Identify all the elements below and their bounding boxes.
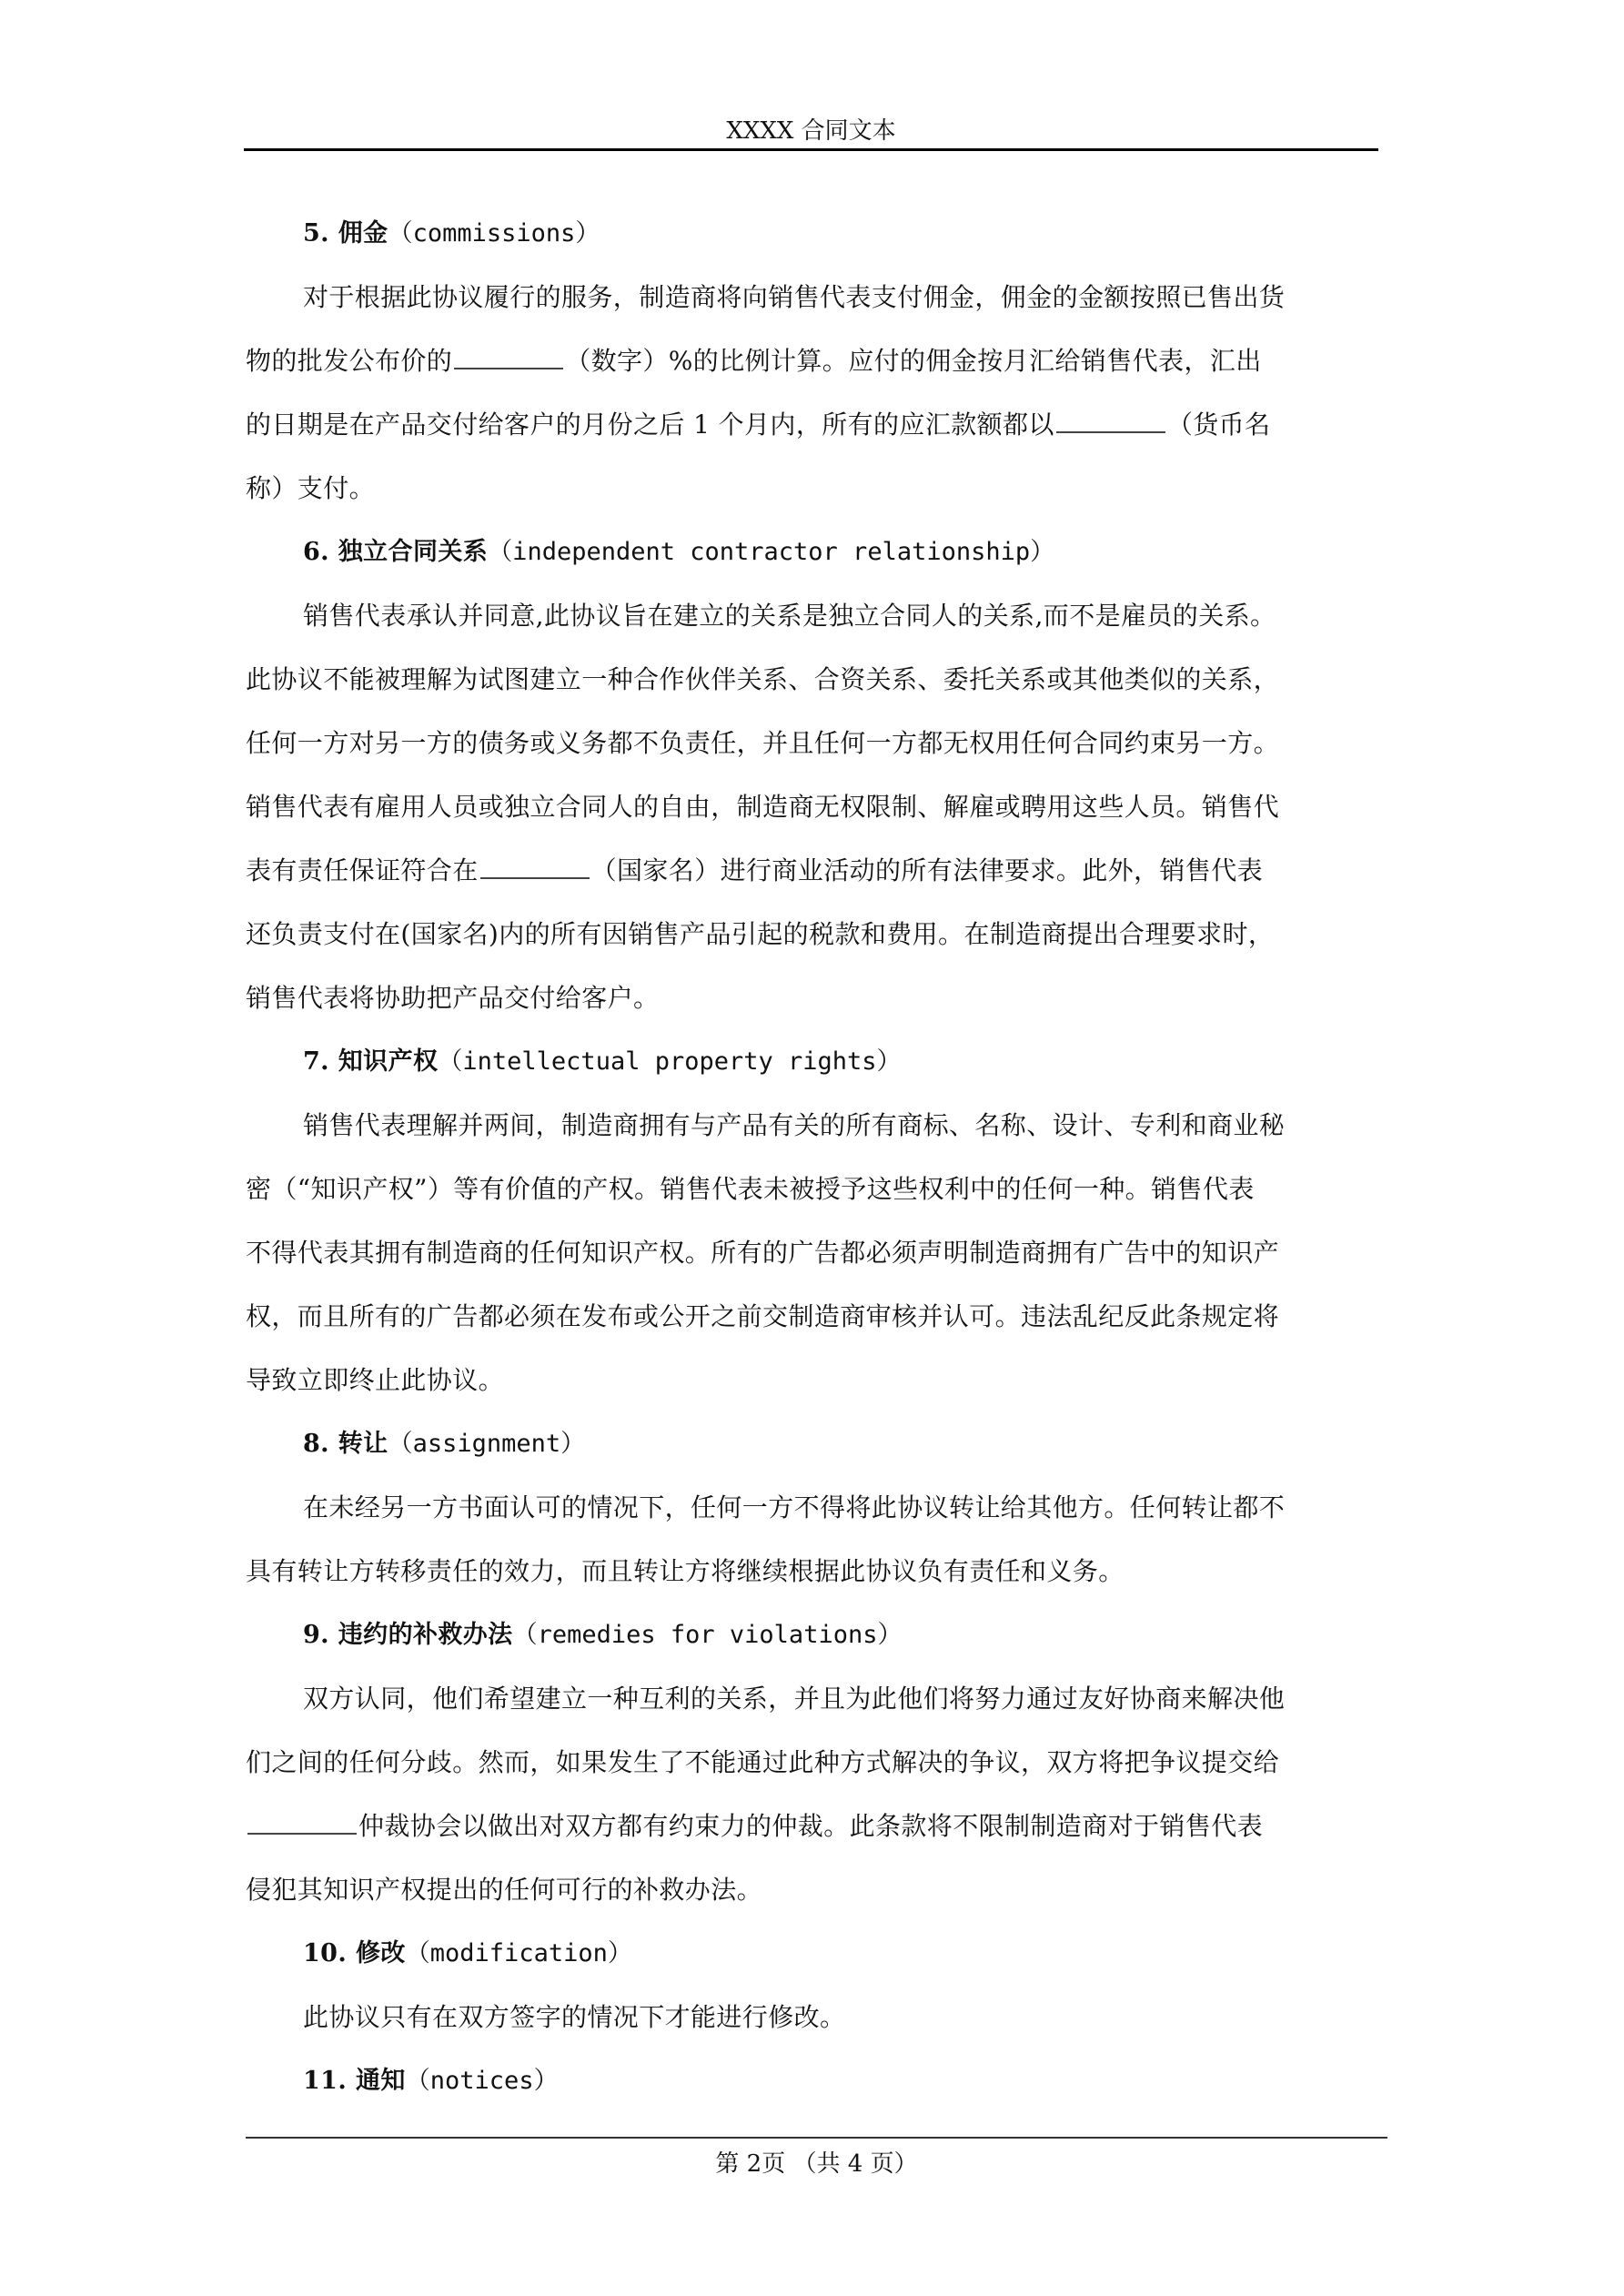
page-number: 第 2页 （共 4 页） — [715, 2150, 917, 2178]
paragraph-line: 称）支付。 — [246, 457, 1387, 521]
paragraph-line: 对于根据此协议履行的服务，制造商将向销售代表支付佣金，佣金的金额按照已售出货 — [246, 266, 1387, 329]
section-heading-modification: 10. 修改（modification） — [246, 1922, 1387, 1986]
section-heading-independent-contractor: 6. 独立合同关系（independent contractor relatio… — [246, 521, 1387, 584]
paragraph-line: 此协议不能被理解为试图建立一种合作伙伴关系、合资关系、委托关系或其他类似的关系， — [246, 648, 1387, 712]
paragraph-line: 此协议只有在双方签字的情况下才能进行修改。 — [246, 1986, 1387, 2049]
fill-in-blank-currency[interactable] — [1056, 411, 1165, 433]
page-footer: 第 2页 （共 4 页） — [246, 2148, 1387, 2180]
paragraph-line: 权，而且所有的广告都必须在发布或公开之前交制造商审核并认可。违法乱纪反此条规定将 — [246, 1285, 1387, 1349]
paragraph-line: 表有责任保证符合在（国家名）进行商业活动的所有法律要求。此外，销售代表 — [246, 839, 1387, 903]
footer-divider — [246, 2137, 1387, 2139]
paragraph-line: 还负责支付在(国家名)内的所有因销售产品引起的税款和费用。在制造商提出合理要求时… — [246, 903, 1387, 966]
section-heading-assignment: 8. 转让（assignment） — [246, 1412, 1387, 1476]
paragraph-line: 在未经另一方书面认可的情况下，任何一方不得将此协议转让给其他方。任何转让都不 — [246, 1476, 1387, 1540]
paragraph-line: 不得代表其拥有制造商的任何知识产权。所有的广告都必须声明制造商拥有广告中的知识产 — [246, 1221, 1387, 1285]
paragraph-line: 销售代表有雇用人员或独立合同人的自由，制造商无权限制、解雇或聘用这些人员。销售代 — [246, 775, 1387, 839]
paragraph-line: 密（“知识产权”）等有价值的产权。销售代表未被授予这些权利中的任何一种。销售代表 — [246, 1158, 1387, 1221]
paragraph-line: 销售代表承认并同意,此协议旨在建立的关系是独立合同人的关系,而不是雇员的关系。 — [246, 584, 1387, 648]
paragraph-line: 侵犯其知识产权提出的任何可行的补救办法。 — [246, 1858, 1387, 1922]
page-header: XXXX 合同文本 — [244, 113, 1378, 151]
paragraph-line: 导致立即终止此协议。 — [246, 1349, 1387, 1412]
document-title: XXXX 合同文本 — [726, 117, 895, 145]
fill-in-blank-country[interactable] — [480, 857, 590, 879]
paragraph-line: 双方认同，他们希望建立一种互利的关系，并且为此他们将努力通过友好协商来解决他 — [246, 1667, 1387, 1731]
section-heading-notices: 11. 通知（notices） — [246, 2049, 1387, 2113]
paragraph-line: 具有转让方转移责任的效力，而且转让方将继续根据此协议负有责任和义务。 — [246, 1540, 1387, 1603]
section-heading-intellectual-property: 7. 知识产权（intellectual property rights） — [246, 1030, 1387, 1094]
section-heading-remedies: 9. 违约的补救办法（remedies for violations） — [246, 1603, 1387, 1667]
paragraph-line: 仲裁协会以做出对双方都有约束力的仲裁。此条款将不限制制造商对于销售代表 — [246, 1795, 1387, 1858]
paragraph-line: 们之间的任何分歧。然而，如果发生了不能通过此种方式解决的争议，双方将把争议提交给 — [246, 1731, 1387, 1795]
fill-in-blank-percentage[interactable] — [454, 348, 563, 369]
paragraph-line: 销售代表将协助把产品交付给客户。 — [246, 966, 1387, 1030]
document-body: 5. 佣金（commissions） 对于根据此协议履行的服务，制造商将向销售代… — [246, 202, 1387, 2113]
paragraph-line: 销售代表理解并两间，制造商拥有与产品有关的所有商标、名称、设计、专利和商业秘 — [246, 1094, 1387, 1158]
paragraph-line: 物的批发公布价的（数字）%的比例计算。应付的佣金按月汇给销售代表，汇出 — [246, 329, 1387, 393]
fill-in-blank-arbitration[interactable] — [247, 1813, 357, 1835]
paragraph-line: 的日期是在产品交付给客户的月份之后 1 个月内，所有的应汇款额都以（货币名 — [246, 393, 1387, 457]
section-heading-commissions: 5. 佣金（commissions） — [246, 202, 1387, 266]
paragraph-line: 任何一方对另一方的债务或义务都不负责任，并且任何一方都无权用任何合同约束另一方。 — [246, 712, 1387, 775]
